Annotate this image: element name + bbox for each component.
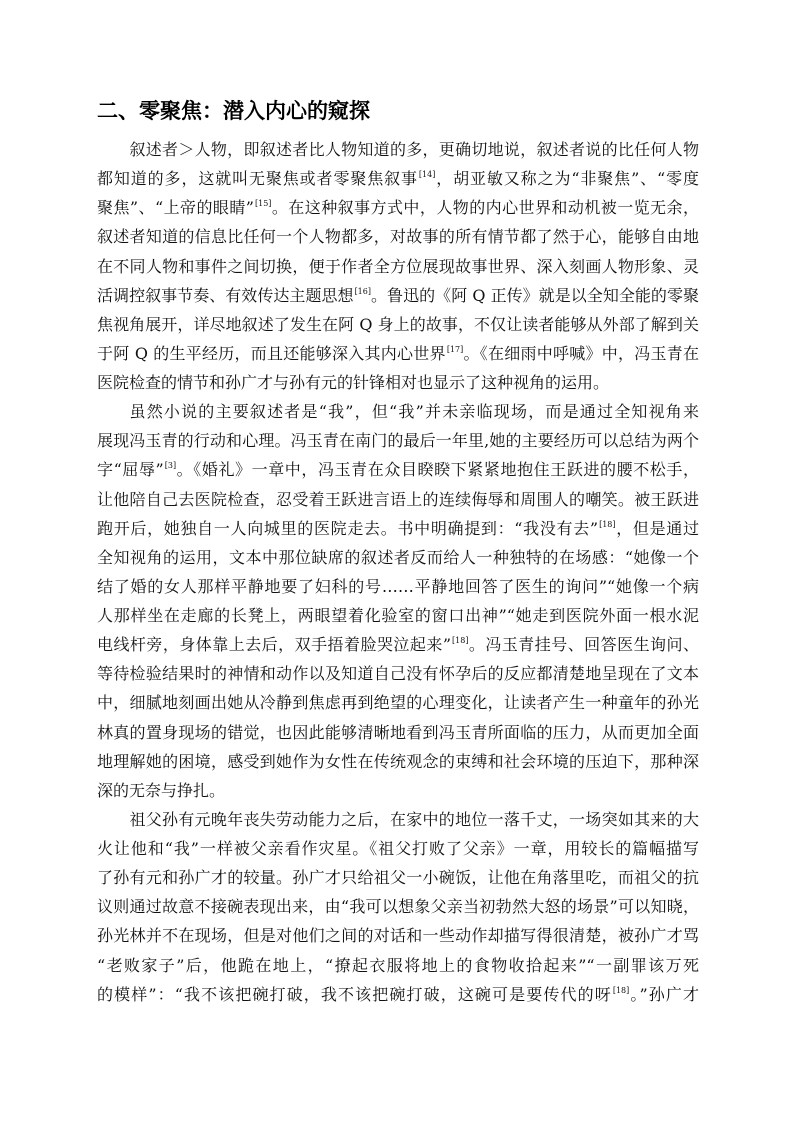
text-segment: 。冯玉青挂号、回答医生询问、: [468, 635, 699, 654]
text-segment: 字“屈辱”: [97, 460, 164, 479]
citation-ref: [16]: [355, 287, 371, 296]
text-segment: 在不同人物和事件之间切换，便于作者全方位展现故事世界、深入刻画人物形象、灵: [97, 257, 699, 276]
text-segment: 让他陪自己去医院检查，忍受着王跃进言语上的连续侮辱和周围人的嘲笑。被王跃进: [97, 490, 699, 509]
text-segment: 结了婚的女人那样平静地要了妇科的号……平静地回答了医生的询问”“她像一个病: [97, 577, 699, 596]
citation-ref: [18]: [613, 986, 629, 995]
text-segment: 展现冯玉青的行动和心理。冯玉青在南门的最后一年里,她的主要经历可以总结为两个: [97, 431, 699, 450]
text-line: 了孙有元和孙广才的较量。孙广才只给祖父一小碗饭，让他在角落里吃，而祖父的抗: [97, 863, 699, 892]
text-line: 全知视角的运用，文本中那位缺席的叙述者反而给人一种独特的在场感：“她像一个: [97, 543, 699, 572]
text-line: 孙光林并不在现场，但是对他们之间的对话和一些动作却描写得很清楚，被孙广才骂: [97, 921, 699, 950]
text-line: 都知道的多，这就叫无聚焦或者零聚焦叙事[14]，胡亚敏又称之为“非聚焦”、“零度: [97, 164, 699, 193]
document-page: 二、零聚焦：潜入内心的窥探 叙述者＞人物，即叙述者比人物知道的多，更确切地说，叙…: [0, 0, 793, 1122]
text-segment: 地理解她的困境，感受到她作为女性在传统观念的束缚和社会环境的压迫下，那种深: [97, 752, 699, 771]
section-heading: 二、零聚焦：潜入内心的窥探: [97, 97, 370, 124]
text-segment: 等待检验结果时的神情和动作以及知道自己没有怀孕后的反应都清楚地呈现在了文本: [97, 664, 699, 683]
text-segment: 全知视角的运用，文本中那位缺席的叙述者反而给人一种独特的在场感：“她像一个: [97, 548, 699, 567]
citation-ref: [17]: [447, 345, 463, 354]
text-segment: ，胡亚敏又称之为“非聚焦”、“零度: [435, 169, 699, 188]
text-line: “老败家子”后，他跪在地上，“撩起衣服将地上的食物收拾起来”“一副罪该万死: [97, 951, 699, 980]
paragraph: 祖父孙有元晚年丧失劳动能力之后，在家中的地位一落千丈，一场突如其来的大 火让他和…: [97, 805, 699, 1009]
citation-ref: [14]: [419, 170, 435, 179]
text-line: 地理解她的困境，感受到她作为女性在传统观念的束缚和社会环境的压迫下，那种深: [97, 747, 699, 776]
text-segment: 火让他和“我”一样被父亲看作灾星。《祖父打败了父亲》一章，用较长的篇幅描写: [97, 839, 699, 858]
text-line: 聚焦”、“上帝的眼睛”[15]。在这种叙事方式中，人物的内心世界和动机被一览无余…: [97, 193, 699, 222]
text-segment: 议则通过故意不接碗表现出来，由“我可以想象父亲当初勃然大怒的场景”可以知晓，: [97, 897, 699, 916]
citation-ref: [3]: [165, 461, 176, 470]
text-line: 跑开后，她独自一人向城里的医院走去。书中明确提到：“我没有去”[18]，但是通过: [97, 514, 699, 543]
citation-ref: [18]: [599, 520, 615, 529]
text-segment: 。《在细雨中呼喊》中，冯玉青在: [463, 344, 699, 363]
text-line: 医院检查的情节和孙广才与孙有元的针锋相对也显示了这种视角的运用。: [97, 368, 699, 397]
text-segment: 叙述者＞人物，即叙述者比人物知道的多，更确切地说，叙述者说的比任何人物: [130, 140, 700, 159]
text-segment: 人那样坐在走廊的长凳上，两眼望着化验室的窗口出神”“她走到医院外面一根水泥: [97, 606, 699, 625]
text-line: 焦视角展开，详尽地叙述了发生在阿 Q 身上的故事，不仅让读者能够从外部了解到关: [97, 310, 699, 339]
text-segment: ，但是通过: [616, 519, 699, 538]
text-line: 展现冯玉青的行动和心理。冯玉青在南门的最后一年里,她的主要经历可以总结为两个: [97, 426, 699, 455]
body-text: 叙述者＞人物，即叙述者比人物知道的多，更确切地说，叙述者说的比任何人物 都知道的…: [97, 135, 699, 1009]
text-line: 于阿 Q 的生平经历，而且还能够深入其内心世界[17]。《在细雨中呼喊》中，冯玉…: [97, 339, 699, 368]
text-segment: 了孙有元和孙广才的较量。孙广才只给祖父一小碗饭，让他在角落里吃，而祖父的抗: [97, 868, 699, 887]
text-line: 深的无奈与挣扎。: [97, 776, 699, 805]
text-segment: 。”孙广才: [629, 985, 699, 1004]
text-line: 中，细腻地刻画出她从冷静到焦虑再到绝望的心理变化，让读者产生一种童年的孙光: [97, 688, 699, 717]
text-line: 叙述者知道的信息比任何一个人物都多，对故事的所有情节都了然于心，能够自由地: [97, 222, 699, 251]
text-segment: 叙述者知道的信息比任何一个人物都多，对故事的所有情节都了然于心，能够自由地: [97, 227, 699, 246]
text-line: 结了婚的女人那样平静地要了妇科的号……平静地回答了医生的询问”“她像一个病: [97, 572, 699, 601]
text-line: 的模样”：“我不该把碗打破，我不该把碗打破，这碗可是要传代的呀[18]。”孙广才: [97, 980, 699, 1009]
text-segment: 焦视角展开，详尽地叙述了发生在阿 Q 身上的故事，不仅让读者能够从外部了解到关: [97, 315, 699, 334]
text-line: 字“屈辱”[3]。《婚礼》一章中，冯玉青在众目睽睽下紧紧地抱住王跃进的腰不松手，: [97, 455, 699, 484]
text-segment: 虽然小说的主要叙述者是“我”，但“我”并未亲临现场，而是通过全知视角来: [130, 402, 700, 421]
text-line: 火让他和“我”一样被父亲看作灾星。《祖父打败了父亲》一章，用较长的篇幅描写: [97, 834, 699, 863]
text-line: 祖父孙有元晚年丧失劳动能力之后，在家中的地位一落千丈，一场突如其来的大: [97, 805, 699, 834]
text-segment: 跑开后，她独自一人向城里的医院走去。书中明确提到：“我没有去”: [97, 519, 598, 538]
text-segment: “老败家子”后，他跪在地上，“撩起衣服将地上的食物收拾起来”“一副罪该万死: [97, 956, 699, 975]
text-segment: 。在这种叙事方式中，人物的内心世界和动机被一览无余，: [271, 198, 699, 217]
paragraph: 虽然小说的主要叙述者是“我”，但“我”并未亲临现场，而是通过全知视角来 展现冯玉…: [97, 397, 699, 805]
text-line: 等待检验结果时的神情和动作以及知道自己没有怀孕后的反应都清楚地呈现在了文本: [97, 659, 699, 688]
text-line: 议则通过故意不接碗表现出来，由“我可以想象父亲当初勃然大怒的场景”可以知晓，: [97, 892, 699, 921]
text-segment: 于阿 Q 的生平经历，而且还能够深入其内心世界: [97, 344, 446, 363]
text-segment: 活调控叙事节奏、有效传达主题思想: [97, 286, 354, 305]
citation-ref: [15]: [255, 199, 271, 208]
text-segment: 。鲁迅的《阿 Q 正传》就是以全知全能的零聚: [371, 286, 699, 305]
text-line: 让他陪自己去医院检查，忍受着王跃进言语上的连续侮辱和周围人的嘲笑。被王跃进: [97, 485, 699, 514]
text-segment: 深的无奈与挣扎。: [97, 781, 225, 800]
text-line: 电线杆旁，身体靠上去后，双手捂着脸哭泣起来”[18]。冯玉青挂号、回答医生询问、: [97, 630, 699, 659]
text-line: 在不同人物和事件之间切换，便于作者全方位展现故事世界、深入刻画人物形象、灵: [97, 252, 699, 281]
text-segment: 都知道的多，这就叫无聚焦或者零聚焦叙事: [97, 169, 418, 188]
text-segment: 祖父孙有元晚年丧失劳动能力之后，在家中的地位一落千丈，一场突如其来的大: [130, 810, 700, 829]
text-segment: 电线杆旁，身体靠上去后，双手捂着脸哭泣起来”: [97, 635, 451, 654]
paragraph: 叙述者＞人物，即叙述者比人物知道的多，更确切地说，叙述者说的比任何人物 都知道的…: [97, 135, 699, 397]
text-line: 人那样坐在走廊的长凳上，两眼望着化验室的窗口出神”“她走到医院外面一根水泥: [97, 601, 699, 630]
text-line: 叙述者＞人物，即叙述者比人物知道的多，更确切地说，叙述者说的比任何人物: [97, 135, 699, 164]
text-segment: 聚焦”、“上帝的眼睛”: [97, 198, 254, 217]
text-segment: 孙光林并不在现场，但是对他们之间的对话和一些动作却描写得很清楚，被孙广才骂: [97, 926, 699, 945]
text-line: 虽然小说的主要叙述者是“我”，但“我”并未亲临现场，而是通过全知视角来: [97, 397, 699, 426]
text-segment: 林真的置身现场的错觉，也因此能够清晰地看到冯玉青所面临的压力，从而更加全面: [97, 723, 699, 742]
text-line: 活调控叙事节奏、有效传达主题思想[16]。鲁迅的《阿 Q 正传》就是以全知全能的…: [97, 281, 699, 310]
text-segment: 。《婚礼》一章中，冯玉青在众目睽睽下紧紧地抱住王跃进的腰不松手，: [176, 460, 699, 479]
text-line: 林真的置身现场的错觉，也因此能够清晰地看到冯玉青所面临的压力，从而更加全面: [97, 718, 699, 747]
citation-ref: [18]: [452, 636, 468, 645]
text-segment: 的模样”：“我不该把碗打破，我不该把碗打破，这碗可是要传代的呀: [97, 985, 612, 1004]
text-segment: 医院检查的情节和孙广才与孙有元的针锋相对也显示了这种视角的运用。: [97, 373, 609, 392]
text-segment: 中，细腻地刻画出她从冷静到焦虑再到绝望的心理变化，让读者产生一种童年的孙光: [97, 693, 699, 712]
